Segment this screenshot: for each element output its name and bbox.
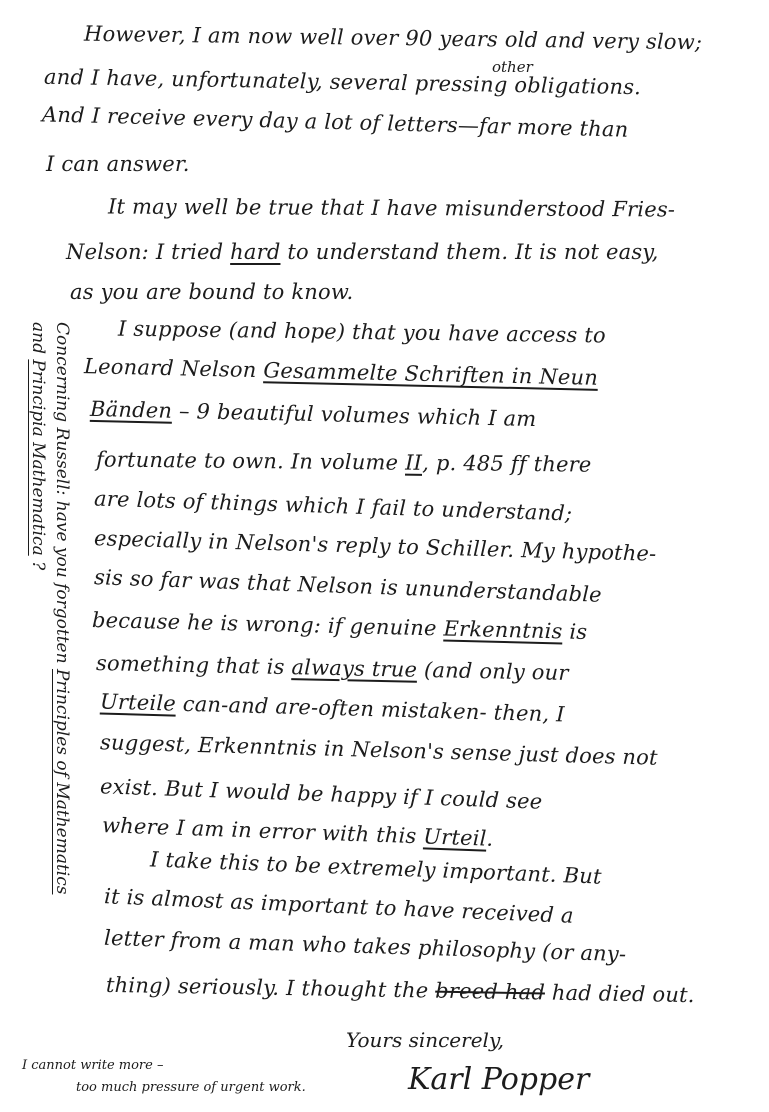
volume-number: II (405, 451, 422, 475)
letter-text: something that is (96, 651, 285, 679)
closing: Yours sincerely, (346, 1028, 504, 1052)
letter-text: – 9 beautiful volumes which I am (179, 399, 537, 431)
letter-line: thing) seriously. I thought the breed ha… (106, 973, 695, 1007)
letter-line: where I am in error with this Urteil. (102, 813, 494, 851)
letter-page: However, I am now well over 90 years old… (0, 0, 769, 1112)
letter-text: can-and are-often mistaken- then, I (182, 692, 565, 727)
book-title: Bänden (90, 397, 173, 423)
letter-line: Urteile can-and are-often mistaken- then… (100, 690, 565, 727)
book-title-principles: Principles of Mathematics (52, 669, 72, 895)
letter-line: are lots of things which I fail to under… (94, 486, 573, 525)
letter-text: to understand them. It is not easy, (287, 240, 658, 264)
margin-note-line-2: and Principia Mathematica ? (28, 322, 48, 570)
emphasis-urteil: Urteil (423, 824, 487, 850)
margin-note-line-1: Concerning Russell: have you forgotten P… (52, 322, 72, 894)
postscript-line-2: too much pressure of urgent work. (76, 1080, 306, 1095)
letter-line: I suppose (and hope) that you have acces… (118, 317, 606, 348)
margin-text: Concerning Russell: have you forgotten (52, 322, 72, 664)
letter-text: , p. 485 ff there (422, 451, 592, 477)
letter-line: And I receive every day a lot of letters… (42, 102, 629, 141)
letter-line: because he is wrong: if genuine Erkenntn… (92, 608, 588, 644)
emphasis-urteile: Urteile (100, 690, 177, 716)
letter-text: Nelson: I tried (66, 240, 223, 264)
letter-text: and I have, unfortunately, several (44, 65, 408, 95)
emphasis-always-true: always true (291, 655, 417, 682)
letter-line: letter from a man who takes philosophy (… (104, 926, 627, 966)
letter-line: as you are bound to know. (70, 280, 353, 304)
emphasis-hard: hard (230, 240, 280, 264)
letter-line: it is almost as important to have receiv… (104, 884, 574, 928)
struck-text: breed had (435, 979, 545, 1005)
margin-text: ? (28, 561, 48, 570)
letter-line: something that is always true (and only … (96, 651, 569, 685)
letter-text: thing) seriously. I thought the (106, 973, 429, 1003)
letter-line: and I have, unfortunately, several press… (44, 65, 641, 99)
letter-text: . (486, 827, 494, 851)
letter-line: fortunate to own. In volume II, p. 485 f… (96, 447, 592, 476)
letter-line: It may well be true that I have misunder… (108, 195, 675, 222)
letter-text: is (569, 620, 587, 644)
book-title-principia: Principia Mathematica (28, 359, 48, 555)
letter-text: because he is wrong: if genuine (92, 608, 437, 640)
postscript-line-1: I cannot write more – (22, 1058, 163, 1073)
letter-line: Leonard Nelson Gesammelte Schriften in N… (84, 354, 598, 390)
letter-line: I can answer. (46, 152, 190, 176)
letter-line: exist. But I would be happy if I could s… (100, 774, 543, 813)
emphasis-erkenntnis: Erkenntnis (443, 617, 563, 644)
letter-line: sis so far was that Nelson is unundersta… (94, 565, 602, 607)
letter-text: fortunate to own. In volume (96, 447, 398, 474)
letter-line: I take this to be extremely important. B… (150, 847, 602, 888)
signature: Karl Popper (408, 1062, 589, 1097)
letter-text: where I am in error with this (102, 813, 417, 848)
letter-text: Leonard Nelson (84, 354, 257, 382)
letter-text: (and only our (424, 658, 569, 685)
margin-text: and (28, 322, 48, 354)
letter-line: especially in Nelson's reply to Schiller… (94, 526, 657, 566)
letter-text: had died out. (552, 981, 695, 1007)
insertion-note: other (492, 58, 533, 76)
letter-line: Nelson: I tried hard to understand them.… (66, 240, 658, 264)
letter-line: suggest, Erkenntnis in Nelson's sense ju… (100, 730, 658, 770)
book-title: Gesammelte Schriften in Neun (263, 358, 598, 390)
letter-line: However, I am now well over 90 years old… (84, 22, 702, 55)
letter-line: Bänden – 9 beautiful volumes which I am (90, 397, 537, 431)
